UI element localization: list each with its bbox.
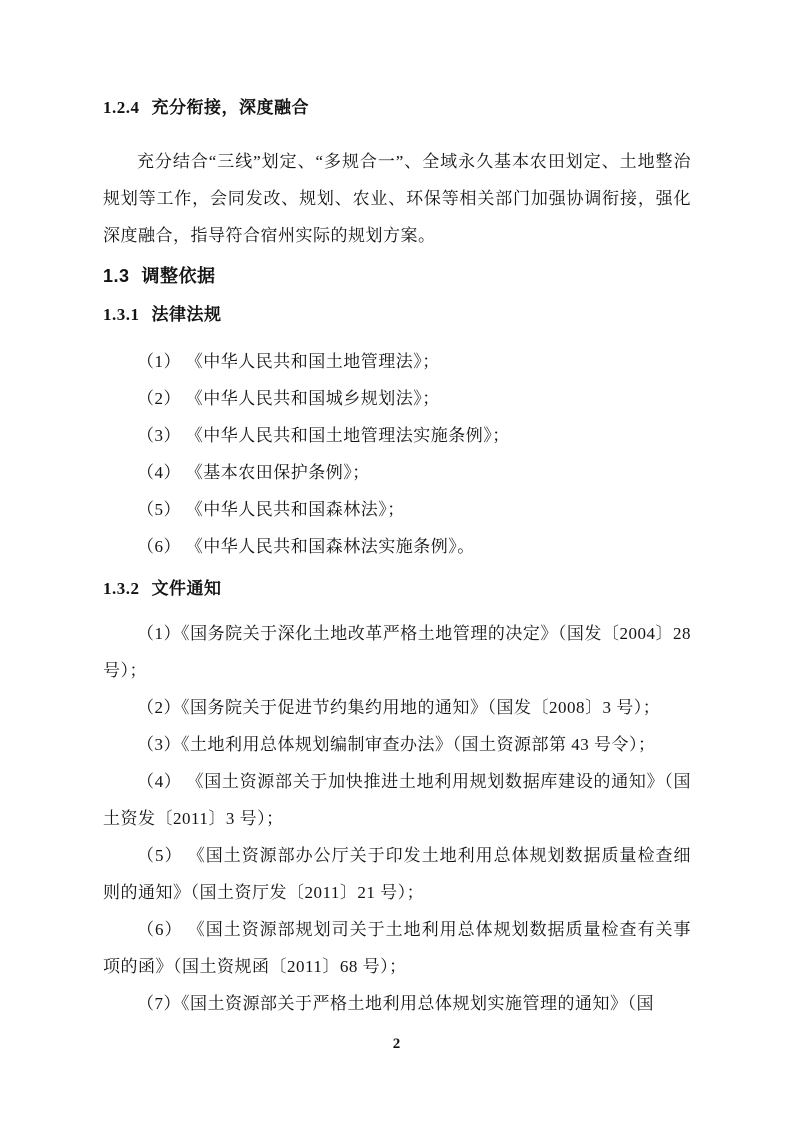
- section-title: 调整依据: [142, 266, 216, 286]
- section-title: 法律法规: [152, 305, 222, 324]
- section-heading-1-3-2: 1.3.2文件通知: [103, 577, 691, 601]
- list-item: （3） 《中华人民共和国土地管理法实施条例》；: [103, 417, 691, 454]
- section-number: 1.3: [103, 266, 130, 286]
- list-item: （3）《土地利用总体规划编制审查办法》（国土资源部第 43 号令）；: [103, 726, 691, 763]
- list-item: （7）《国土资源部关于严格土地利用总体规划实施管理的通知》（国: [103, 985, 691, 1022]
- notice-items-list: （1）《国务院关于深化土地改革严格土地管理的决定》（国发〔2004〕28 号）；…: [103, 615, 691, 1022]
- section-number: 1.3.2: [103, 579, 140, 598]
- section-number: 1.3.1: [103, 305, 140, 324]
- list-item: （1） 《中华人民共和国土地管理法》；: [103, 343, 691, 380]
- list-item: （6） 《中华人民共和国森林法实施条例》。: [103, 528, 691, 565]
- paragraph-1-2-4: 充分结合“三线”划定、“多规合一”、全域永久基本农田划定、土地整治规划等工作，会…: [103, 143, 691, 254]
- list-item: （5） 《国土资源部办公厅关于印发土地利用总体规划数据质量检查细则的通知》（国土…: [103, 837, 691, 911]
- section-title: 文件通知: [152, 579, 222, 598]
- section-heading-1-3-1: 1.3.1法律法规: [103, 303, 691, 327]
- list-item: （2）《国务院关于促进节约集约用地的通知》（国发〔2008〕3 号）；: [103, 689, 691, 726]
- list-item: （4） 《基本农田保护条例》；: [103, 454, 691, 491]
- section-heading-1-3: 1.3调整依据: [103, 263, 691, 289]
- page-number: 2: [0, 1036, 793, 1053]
- list-item: （5） 《中华人民共和国森林法》；: [103, 491, 691, 528]
- list-item: （6） 《国土资源部规划司关于土地利用总体规划数据质量检查有关事项的函》（国土资…: [103, 911, 691, 985]
- list-item: （1）《国务院关于深化土地改革严格土地管理的决定》（国发〔2004〕28 号）；: [103, 615, 691, 689]
- document-page: 1.2.4充分衔接，深度融合 充分结合“三线”划定、“多规合一”、全域永久基本农…: [0, 0, 793, 1122]
- list-item: （2） 《中华人民共和国城乡规划法》；: [103, 380, 691, 417]
- document-content: 1.2.4充分衔接，深度融合 充分结合“三线”划定、“多规合一”、全域永久基本农…: [103, 96, 691, 1022]
- section-title: 充分衔接，深度融合: [152, 98, 310, 117]
- list-item: （4） 《国土资源部关于加快推进土地利用规划数据库建设的通知》（国土资发〔201…: [103, 763, 691, 837]
- legal-items-list: （1） 《中华人民共和国土地管理法》； （2） 《中华人民共和国城乡规划法》； …: [103, 343, 691, 565]
- section-number: 1.2.4: [103, 98, 140, 117]
- section-heading-1-2-4: 1.2.4充分衔接，深度融合: [103, 96, 691, 120]
